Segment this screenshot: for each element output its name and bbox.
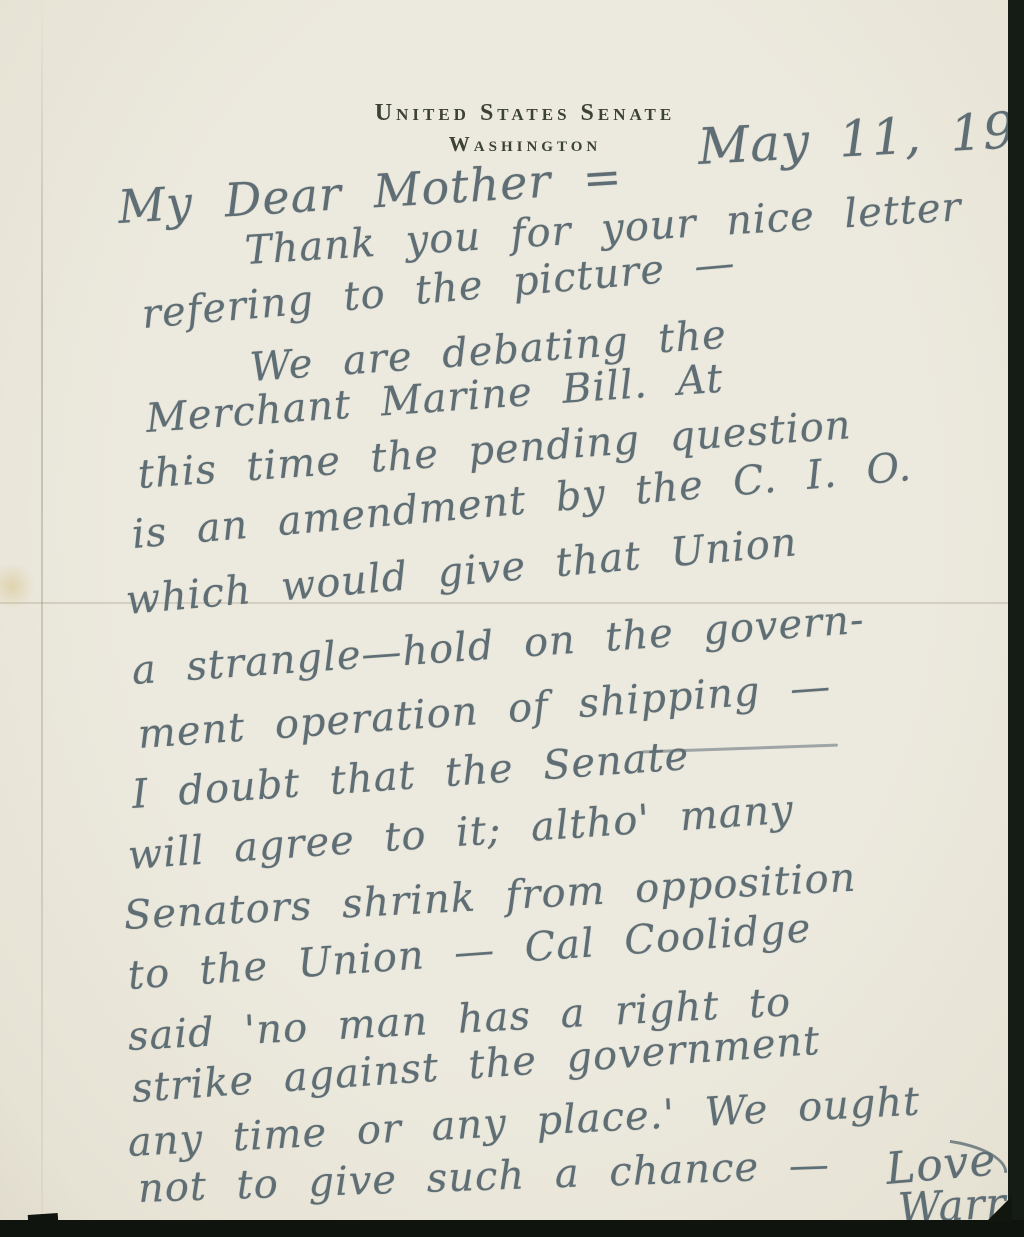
letter-scan: United States Senate Washington May 11, … (0, 0, 1024, 1237)
letterhead-org: United States Senate (295, 100, 755, 126)
letterhead-city: Washington (295, 132, 755, 156)
scan-border-right (1008, 0, 1024, 1237)
scan-border-bottom (0, 1220, 1024, 1237)
letterhead: United States Senate Washington (295, 100, 755, 156)
vertical-fold-crease (41, 0, 43, 1220)
letter-paper: United States Senate Washington May 11, … (0, 0, 1008, 1220)
